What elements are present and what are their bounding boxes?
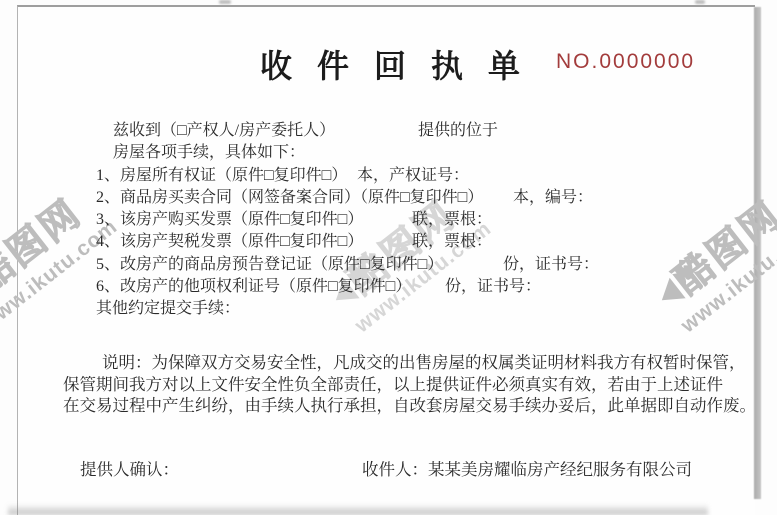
- recipient-label: 收件人：某某美房耀临房产经纪服务有限公司: [362, 456, 692, 480]
- note-paragraph: 说明：为保障双方交易安全性，凡成交的出售房屋的权属类证明材料我方有权暂时保管， …: [63, 352, 723, 417]
- form-item-5: 5、改房产的商品房预告登记证（原件□复印件□） 份，证书号：: [96, 254, 736, 276]
- other-procedures-line: 其他约定提交手续：: [96, 298, 736, 320]
- form-item-text: 1、房屋所有权证（原件□复印件□）: [96, 167, 347, 184]
- other-procedures-label: 其他约定提交手续：: [96, 300, 240, 317]
- page-edge-shadow-bottom: [8, 504, 708, 515]
- form-item-2: 2、商品房买卖合同（网签备案合同）（原件□复印件□） 本，编号：: [96, 187, 736, 209]
- page-edge-shadow-right: [754, 7, 761, 499]
- form-item-fill-label: 份，证书号：: [503, 254, 599, 276]
- document-title: 收件回执单: [260, 41, 545, 87]
- provider-confirmation-label: 提供人确认：: [80, 456, 179, 480]
- form-item-4: 4、该房产契税发票（原件□复印件□） 联，票根：: [96, 231, 736, 253]
- intro-located-at: 提供的位于: [418, 120, 498, 142]
- intro-procedures: 房屋各项手续，具体如下：: [113, 144, 305, 161]
- form-item-text: 2、商品房买卖合同（网签备案合同）（原件□复印件□）: [96, 189, 483, 206]
- form-item-text: 6、改房产的他项权利证号（原件□复印件□）: [96, 278, 411, 295]
- serial-number: NO.0000000: [556, 50, 695, 74]
- form-item-text: 3、该房产购买发票（原件□复印件□）: [96, 211, 363, 228]
- form-item-1: 1、房屋所有权证（原件□复印件□） 本，产权证号：: [96, 165, 736, 187]
- note-line: 在交易过程中产生纠纷，由手续人执行承担，自改套房屋交易手续办妥后，此单据即自动作…: [63, 395, 723, 417]
- note-line: 说明：为保障双方交易安全性，凡成交的出售房屋的权属类证明材料我方有权暂时保管，: [63, 352, 723, 374]
- intro-received-from: 兹收到（□产权人/房产委托人）: [113, 122, 335, 139]
- form-item-fill-label: 联，票根：: [412, 231, 492, 253]
- scan-artifact: [695, 0, 705, 4]
- form-item-6: 6、改房产的他项权利证号（原件□复印件□） 份，证书号：: [96, 276, 736, 298]
- form-item-fill-label: 联，票根：: [412, 209, 492, 231]
- form-item-fill-label: 份，证书号：: [445, 276, 541, 298]
- form-item-text: 4、该房产契税发票（原件□复印件□）: [96, 233, 363, 250]
- note-line: 保管期间我方对以上文件安全性负全部责任，以上提供证件必须真实有效，若由于上述证件: [63, 374, 723, 396]
- form-item-fill-label: 本，产权证号：: [357, 165, 469, 187]
- form-item-3: 3、该房产购买发票（原件□复印件□） 联，票根：: [96, 209, 736, 231]
- form-item-text: 5、改房产的商品房预告登记证（原件□复印件□）: [96, 256, 443, 273]
- intro-line-2: 房屋各项手续，具体如下：: [96, 142, 736, 164]
- intro-line-1: 兹收到（□产权人/房产委托人） 提供的位于: [96, 120, 736, 142]
- scan-artifact: [219, 0, 231, 4]
- form-body: 兹收到（□产权人/房产委托人） 提供的位于 房屋各项手续，具体如下： 1、房屋所…: [96, 120, 736, 321]
- form-item-fill-label: 本，编号：: [513, 187, 593, 209]
